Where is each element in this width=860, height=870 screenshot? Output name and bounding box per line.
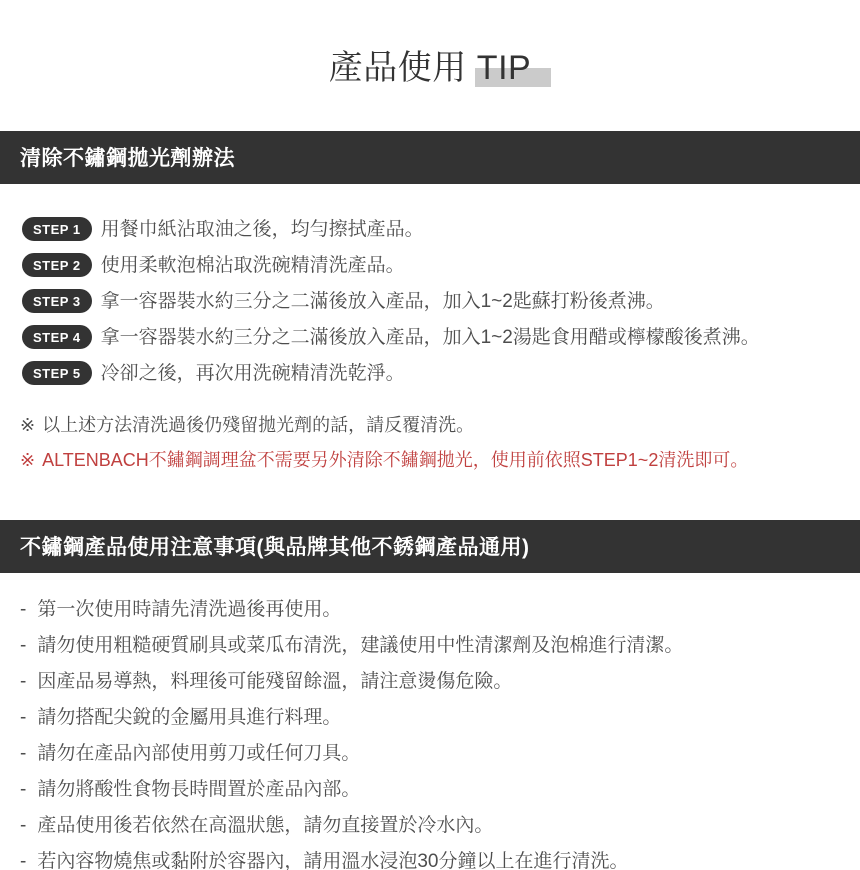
notes-list: ※ 以上述方法清洗過後仍殘留拋光劑的話，請反覆清洗。 ※ ALTENBACH不鏽… — [20, 412, 840, 473]
list-item: - 若內容物燒焦或黏附於容器內，請用溫水浸泡30分鐘以上在進行清洗。 — [20, 849, 840, 870]
step-text-3: 拿一容器裝水約三分之二滿後放入產品，加入1~2匙蘇打粉後煮沸。 — [101, 289, 665, 314]
tip-highlight-text: TIP — [477, 49, 531, 87]
note-repeat-wash: ※ 以上述方法清洗過後仍殘留拋光劑的話，請反覆清洗。 — [20, 412, 840, 438]
list-item: - 請勿在產品內部使用剪刀或任何刀具。 — [20, 741, 840, 767]
step-badge-2: STEP 2 — [22, 253, 92, 277]
step-row: STEP 4 拿一容器裝水約三分之二滿後放入產品，加入1~2湯匙食用醋或檸檬酸後… — [22, 325, 840, 350]
note-altenbach-red: ※ ALTENBACH不鏽鋼調理盆不需要另外清除不鏽鋼拋光，使用前依照STEP1… — [20, 447, 840, 473]
steps-list: STEP 1 用餐巾紙沾取油之後，均勻擦拭產品。 STEP 2 使用柔軟泡棉沾取… — [22, 217, 840, 386]
list-item: - 第一次使用時請先清洗過後再使用。 — [20, 597, 840, 623]
note-text: ALTENBACH不鏽鋼調理盆不需要另外清除不鏽鋼拋光，使用前依照STEP1~2… — [42, 447, 748, 473]
list-item-text: 請勿將酸性食物長時間置於產品內部。 — [37, 777, 360, 803]
page-title-text: 產品使用 — [329, 49, 467, 87]
step-text-4: 拿一容器裝水約三分之二滿後放入產品，加入1~2湯匙食用醋或檸檬酸後煮沸。 — [101, 325, 760, 350]
step-badge-5: STEP 5 — [22, 361, 92, 385]
list-dash-marker: - — [20, 813, 26, 839]
list-dash-marker: - — [20, 741, 26, 767]
list-item-text: 因產品易導熱，料理後可能殘留餘溫，請注意燙傷危險。 — [37, 669, 512, 695]
list-item: - 請勿使用粗糙硬質刷具或菜瓜布清洗，建議使用中性清潔劑及泡棉進行清潔。 — [20, 633, 840, 659]
list-item-text: 請勿在產品內部使用剪刀或任何刀具。 — [37, 741, 360, 767]
step-badge-4: STEP 4 — [22, 325, 92, 349]
list-item: - 因產品易導熱，料理後可能殘留餘溫，請注意燙傷危險。 — [20, 669, 840, 695]
note-text: 以上述方法清洗過後仍殘留拋光劑的話，請反覆清洗。 — [42, 412, 474, 438]
step-text-5: 冷卻之後，再次用洗碗精清洗乾淨。 — [101, 361, 405, 386]
list-dash-marker: - — [20, 597, 26, 623]
note-marker: ※ — [20, 412, 35, 438]
step-text-1: 用餐巾紙沾取油之後，均勻擦拭產品。 — [101, 217, 424, 242]
step-badge-3: STEP 3 — [22, 289, 92, 313]
list-item: - 請勿搭配尖銳的金屬用具進行料理。 — [20, 705, 840, 731]
section-heading-polish-removal: 清除不鏽鋼拋光劑辦法 — [0, 131, 860, 184]
section-heading-usage-cautions: 不鏽鋼產品使用注意事項(與品牌其他不銹鋼產品通用) — [0, 520, 860, 573]
note-marker: ※ — [20, 447, 35, 473]
list-item-text: 請勿使用粗糙硬質刷具或菜瓜布清洗，建議使用中性清潔劑及泡棉進行清潔。 — [37, 633, 683, 659]
list-item: - 請勿將酸性食物長時間置於產品內部。 — [20, 777, 840, 803]
step-row: STEP 3 拿一容器裝水約三分之二滿後放入產品，加入1~2匙蘇打粉後煮沸。 — [22, 289, 840, 314]
list-item-text: 產品使用後若依然在高溫狀態，請勿直接置於冷水內。 — [37, 813, 493, 839]
tip-highlight-word: TIP — [477, 49, 531, 88]
step-row: STEP 1 用餐巾紙沾取油之後，均勻擦拭產品。 — [22, 217, 840, 242]
list-dash-marker: - — [20, 633, 26, 659]
list-item: - 產品使用後若依然在高溫狀態，請勿直接置於冷水內。 — [20, 813, 840, 839]
list-dash-marker: - — [20, 777, 26, 803]
list-item-text: 請勿搭配尖銳的金屬用具進行料理。 — [37, 705, 341, 731]
step-row: STEP 5 冷卻之後，再次用洗碗精清洗乾淨。 — [22, 361, 840, 386]
list-dash-marker: - — [20, 849, 26, 870]
list-item-text: 若內容物燒焦或黏附於容器內，請用溫水浸泡30分鐘以上在進行清洗。 — [37, 849, 628, 870]
caution-list: - 第一次使用時請先清洗過後再使用。 - 請勿使用粗糙硬質刷具或菜瓜布清洗，建議… — [20, 597, 840, 870]
step-row: STEP 2 使用柔軟泡棉沾取洗碗精清洗產品。 — [22, 253, 840, 278]
page-title: 產品使用TIP — [0, 0, 860, 89]
step-text-2: 使用柔軟泡棉沾取洗碗精清洗產品。 — [101, 253, 405, 278]
step-badge-1: STEP 1 — [22, 217, 92, 241]
list-dash-marker: - — [20, 705, 26, 731]
list-dash-marker: - — [20, 669, 26, 695]
list-item-text: 第一次使用時請先清洗過後再使用。 — [37, 597, 341, 623]
